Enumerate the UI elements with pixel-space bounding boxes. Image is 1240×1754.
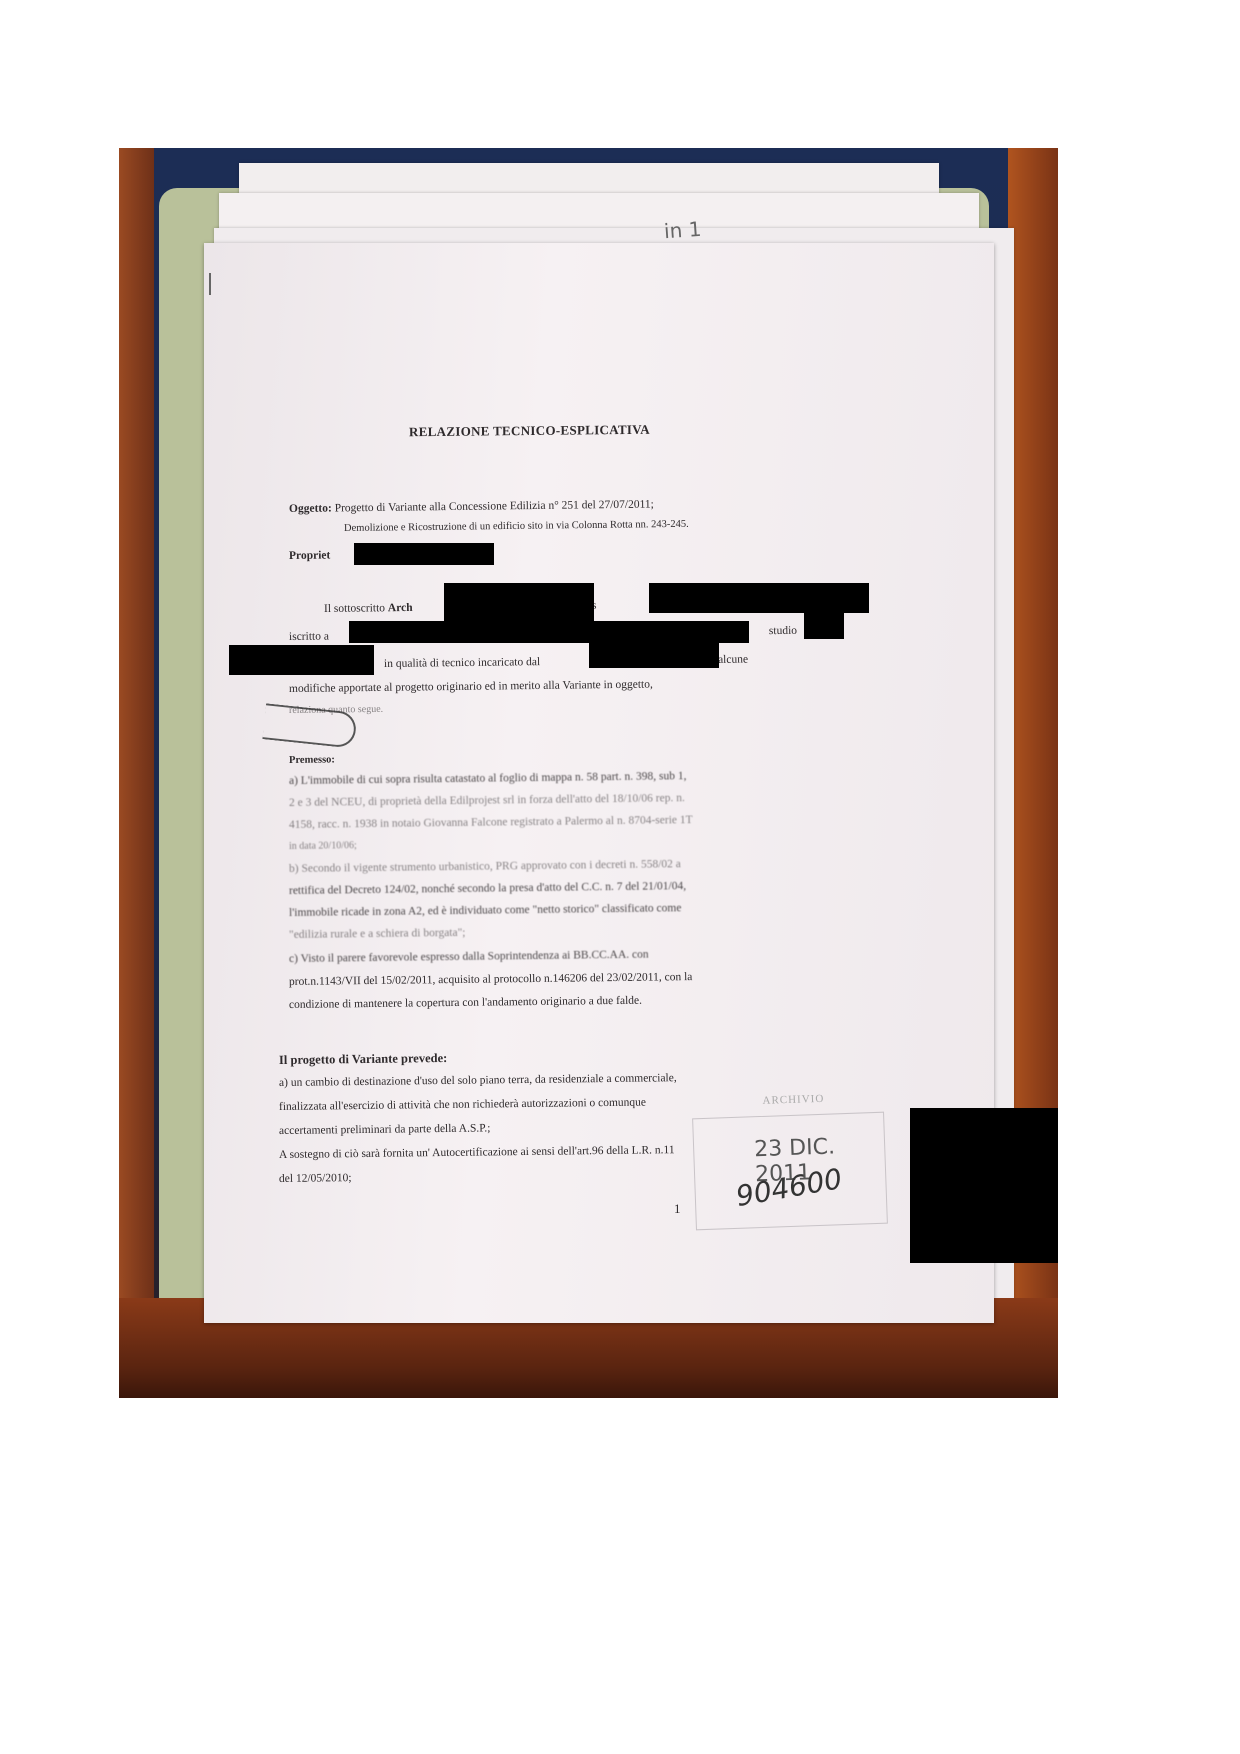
redaction-client xyxy=(589,643,719,668)
owner-label: Propriet xyxy=(289,549,330,562)
project-a-line-2: finalizzata all'esercizio di attività ch… xyxy=(279,1097,646,1113)
project-a-line-4: A sostegno di ciò sarà fornita un' Autoc… xyxy=(279,1144,675,1161)
premise-c-line-2: prot.n.1143/VII del 15/02/2011, acquisit… xyxy=(289,971,693,988)
intro-studio: studio xyxy=(769,625,797,637)
redaction-studio xyxy=(804,611,844,639)
page-number: 1 xyxy=(674,1201,681,1217)
document-photo: in 1 RELAZIONE TECNICO-ESPLICATIVA Ogget… xyxy=(119,148,1058,1398)
premise-c-line-1: c) Visto il parere favorevole espresso d… xyxy=(289,949,649,965)
project-a-line-3: accertamenti preliminari da parte della … xyxy=(279,1122,491,1137)
stamp-label: ARCHIVIO xyxy=(762,1093,824,1107)
premise-b-line-2: rettifica del Decreto 124/02, nonché sec… xyxy=(289,880,686,897)
premise-a-line-2: 2 e 3 del NCEU, di proprietà della Edilp… xyxy=(289,792,685,809)
archive-stamp: ARCHIVIO 23 DIC. 2011 904600 xyxy=(692,1112,888,1231)
margin-mark xyxy=(209,273,211,295)
intro-text: Il sottoscritto xyxy=(324,602,385,615)
handwritten-note: in 1 xyxy=(663,217,702,244)
main-page: RELAZIONE TECNICO-ESPLICATIVA Oggetto: P… xyxy=(204,243,994,1323)
premise-a-line-4: in data 20/10/06; xyxy=(289,840,357,852)
intro-line-5: relaziona quanto segue. xyxy=(289,704,383,716)
intro-line-2: iscritto a xyxy=(289,631,329,643)
premise-c-line-3: condizione di mantenere la copertura con… xyxy=(289,995,642,1011)
redaction-fiscal-code xyxy=(649,583,869,613)
redaction-name xyxy=(444,583,594,623)
desk-surface-left xyxy=(119,148,154,1398)
intro-line-3: in qualità di tecnico incaricato dal xyxy=(384,656,540,670)
project-a-line-5: del 12/05/2010; xyxy=(279,1172,352,1185)
redaction-address xyxy=(229,645,374,675)
redaction-owner xyxy=(354,543,494,565)
premise-b-line-3: l'immobile ricade in zona A2, ed è indiv… xyxy=(289,902,682,919)
premise-heading: Premesso: xyxy=(289,754,335,766)
subject-line-2: Demolizione e Ricostruzione di un edific… xyxy=(344,519,689,534)
subject-label: Oggetto: xyxy=(289,502,332,515)
intro-line-4: modifiche apportate al progetto originar… xyxy=(289,679,653,695)
redaction-signature xyxy=(910,1108,1058,1263)
premise-a-line-3: 4158, racc. n. 1938 in notaio Giovanna F… xyxy=(289,814,693,831)
protocol-number: 904600 xyxy=(734,1162,845,1213)
subject-line-1: Progetto di Variante alla Concessione Ed… xyxy=(335,499,654,515)
project-heading: Il progetto di Variante prevede: xyxy=(279,1051,447,1068)
premise-b-line-1: b) Secondo il vigente strumento urbanist… xyxy=(289,858,681,875)
intro-bold: Arch xyxy=(388,602,413,614)
premise-a-line-1: a) L'immobile di cui sopra risulta catas… xyxy=(289,770,687,787)
document-title: RELAZIONE TECNICO-ESPLICATIVA xyxy=(409,422,650,441)
premise-b-line-4: "edilizia rurale e a schiera di borgata"… xyxy=(289,927,466,941)
redaction-registry xyxy=(349,621,749,643)
project-a-line-1: a) un cambio di destinazione d'uso del s… xyxy=(279,1072,677,1089)
